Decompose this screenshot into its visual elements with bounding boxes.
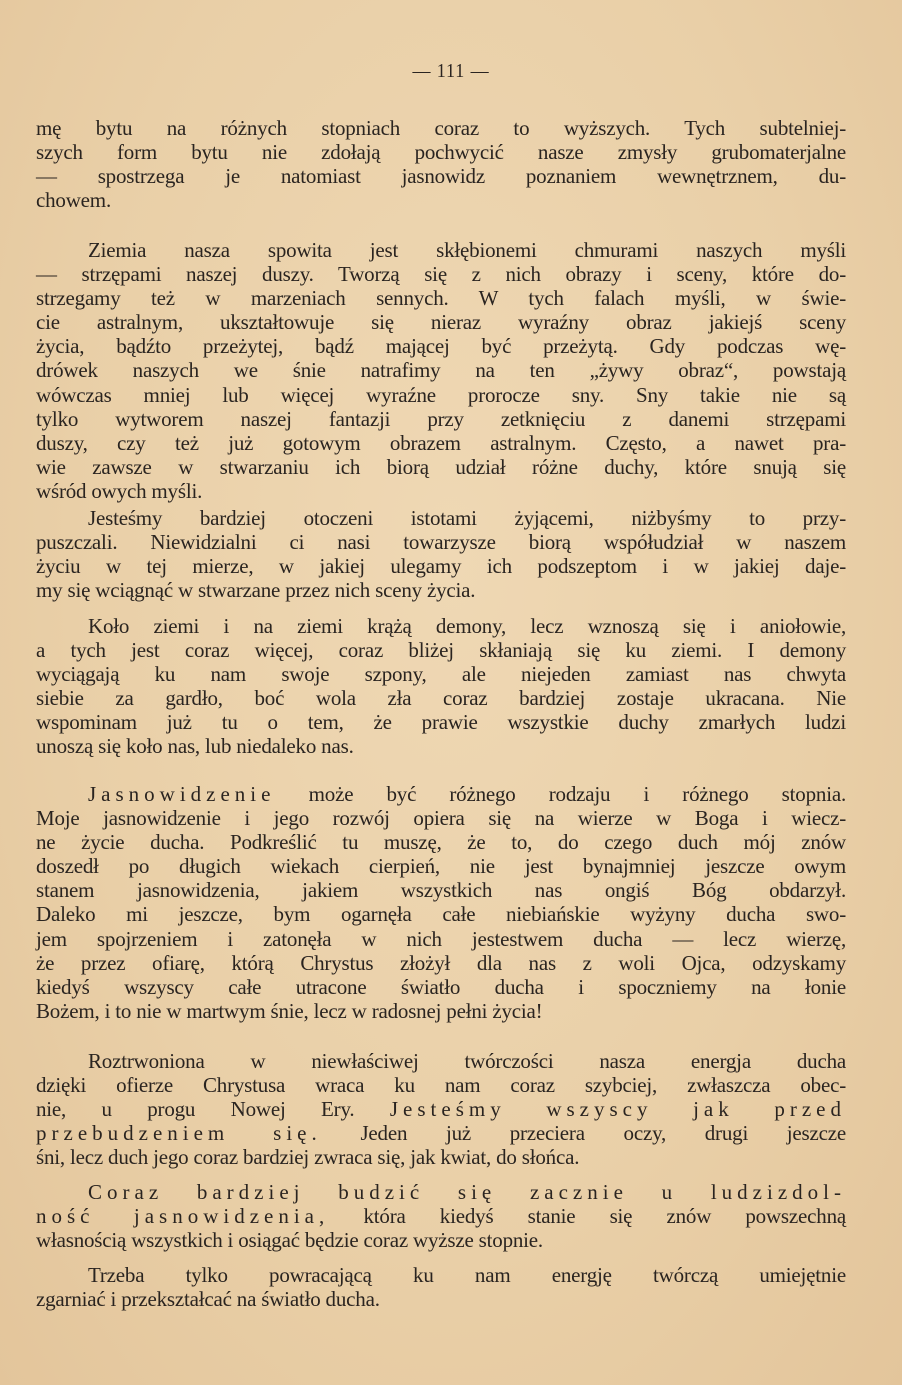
line-text: Ziemia nasza spowita jest skłębionemi ch…	[88, 238, 846, 262]
text-line: my się wciągnąć w stwarzane przez nich s…	[36, 578, 846, 602]
line-text: drówek naszych we śnie natrafimy na ten …	[36, 358, 846, 382]
line-text: Bożem, i to nie w martwym śnie, lecz w r…	[36, 999, 542, 1023]
line-text: wyciągają ku nam swoje szpony, ale nieje…	[36, 662, 846, 686]
line-text: Koło ziemi i na ziemi krążą demony, lecz…	[88, 614, 846, 638]
paragraph: Koło ziemi i na ziemi krążą demony, lecz…	[36, 614, 846, 759]
line-text: siebie za gardło, boć wola zła coraz bar…	[36, 686, 846, 710]
text-line: Jesteśmy bardziej otoczeni istotami żyją…	[36, 506, 846, 530]
line-text: która kiedyś stanie się znów powszechną	[329, 1204, 846, 1228]
text-line: Roztrwoniona w niewłaściwej twórczości n…	[36, 1049, 846, 1073]
line-text: tylko wytworem naszej fantazji przy zetk…	[36, 407, 846, 431]
line-text: śni, lecz duch jego coraz bardziej zwrac…	[36, 1145, 579, 1169]
line-text: stanem jasnowidzenia, jakiem wszystkich …	[36, 878, 846, 902]
paragraph: Trzeba tylko powracającą ku nam energję …	[36, 1263, 846, 1311]
text-line: drówek naszych we śnie natrafimy na ten …	[36, 358, 846, 382]
text-line: nie, u progu Nowej Ery. Jesteśmy wszyscy…	[36, 1097, 846, 1121]
line-text: jem spojrzeniem i zatonęła w nich jestes…	[36, 927, 846, 951]
text-line: śni, lecz duch jego coraz bardziej zwrac…	[36, 1145, 846, 1169]
line-text: — spostrzega je natomiast jasnowidz pozn…	[36, 164, 846, 188]
emphasized-spaced-text: ność jasnowidzenia,	[36, 1204, 329, 1228]
line-text: dzięki ofierze Chrystusa wraca ku nam co…	[36, 1073, 846, 1097]
line-text: wie zawsze w stwarzaniu ich biorą udział…	[36, 455, 846, 479]
line-text: nie, u progu Nowej Ery.	[36, 1097, 390, 1121]
line-text: Moje jasnowidzenie i jego rozwój opiera …	[36, 806, 846, 830]
line-text: strzegamy też w marzeniach sennych. W ty…	[36, 286, 846, 310]
text-line: życia, bądźto przeżytej, bądź mającej by…	[36, 334, 846, 358]
line-text: ne życie ducha. Podkreślić tu muszę, że …	[36, 830, 846, 854]
line-text: Roztrwoniona w niewłaściwej twórczości n…	[88, 1049, 846, 1073]
line-text: doszedł po długich wiekach cierpień, nie…	[36, 854, 846, 878]
text-line: — spostrzega je natomiast jasnowidz pozn…	[36, 164, 846, 188]
line-text: kiedyś wszyscy całe utracone światło duc…	[36, 975, 846, 999]
line-text: mę bytu na różnych stopniach coraz to wy…	[36, 116, 846, 140]
text-line: stanem jasnowidzenia, jakiem wszystkich …	[36, 878, 846, 902]
text-line: jem spojrzeniem i zatonęła w nich jestes…	[36, 927, 846, 951]
text-line: Trzeba tylko powracającą ku nam energję …	[36, 1263, 846, 1287]
paragraph: Ziemia nasza spowita jest skłębionemi ch…	[36, 238, 846, 503]
line-text: życiu w tej mierze, w jakiej ulegamy ich…	[36, 554, 846, 578]
text-line: szych form bytu nie zdołają pochwycić na…	[36, 140, 846, 164]
text-line: — strzępami naszej duszy. Tworzą się z n…	[36, 262, 846, 286]
text-line: Ziemia nasza spowita jest skłębionemi ch…	[36, 238, 846, 262]
text-line: życiu w tej mierze, w jakiej ulegamy ich…	[36, 554, 846, 578]
paragraph: Jesteśmy bardziej otoczeni istotami żyją…	[36, 506, 846, 602]
text-line: kiedyś wszyscy całe utracone światło duc…	[36, 975, 846, 999]
text-line: Moje jasnowidzenie i jego rozwój opiera …	[36, 806, 846, 830]
text-line: cie astralnym, ukształtowuje się nieraz …	[36, 310, 846, 334]
line-text: Jesteśmy bardziej otoczeni istotami żyją…	[88, 506, 846, 530]
line-text: a tych jest coraz więcej, coraz bliżej s…	[36, 638, 846, 662]
line-text: — strzępami naszej duszy. Tworzą się z n…	[36, 262, 846, 286]
line-text: może być różnego rodzaju i różnego stopn…	[275, 782, 846, 806]
text-line: że przez ofiarę, którą Chrystus złożył d…	[36, 951, 846, 975]
line-text: własnością wszystkich i osiągać będzie c…	[36, 1228, 543, 1252]
text-line: Bożem, i to nie w martwym śnie, lecz w r…	[36, 999, 846, 1023]
text-line: Jasnowidzenie może być różnego rodzaju i…	[36, 782, 846, 806]
text-line: doszedł po długich wiekach cierpień, nie…	[36, 854, 846, 878]
text-line: wspominam już tu o tem, że prawie wszyst…	[36, 710, 846, 734]
text-line: tylko wytworem naszej fantazji przy zetk…	[36, 407, 846, 431]
line-text: szych form bytu nie zdołają pochwycić na…	[36, 140, 846, 164]
text-line: wyciągają ku nam swoje szpony, ale nieje…	[36, 662, 846, 686]
paragraph: Coraz bardziej budzić się zacznie u ludz…	[36, 1180, 846, 1252]
text-line: dzięki ofierze Chrystusa wraca ku nam co…	[36, 1073, 846, 1097]
text-line: siebie za gardło, boć wola zła coraz bar…	[36, 686, 846, 710]
text-line: przebudzeniem się. Jeden już przeciera o…	[36, 1121, 846, 1145]
text-line: chowem.	[36, 188, 846, 212]
line-text: my się wciągnąć w stwarzane przez nich s…	[36, 578, 475, 602]
text-line: unoszą się koło nas, lub niedaleko nas.	[36, 734, 846, 758]
book-page: — 111 — mę bytu na różnych stopniach cor…	[0, 0, 902, 1385]
text-line: wie zawsze w stwarzaniu ich biorą udział…	[36, 455, 846, 479]
paragraph: Roztrwoniona w niewłaściwej twórczości n…	[36, 1049, 846, 1169]
line-text: cie astralnym, ukształtowuje się nieraz …	[36, 310, 846, 334]
text-line: wśród owych myśli.	[36, 479, 846, 503]
text-line: wówczas mniej lub więcej wyraźne prorocz…	[36, 383, 846, 407]
text-line: duszy, czy też już gotowym obrazem astra…	[36, 431, 846, 455]
text-line: ność jasnowidzenia, która kiedyś stanie …	[36, 1204, 846, 1228]
line-text: unoszą się koło nas, lub niedaleko nas.	[36, 734, 354, 758]
text-line: puszczali. Niewidzialni ci nasi towarzys…	[36, 530, 846, 554]
line-text: duszy, czy też już gotowym obrazem astra…	[36, 431, 846, 455]
line-text: puszczali. Niewidzialni ci nasi towarzys…	[36, 530, 846, 554]
line-text: zgarniać i przekształcać na światło duch…	[36, 1287, 380, 1311]
emphasized-spaced-text: Coraz bardziej budzić się zacznie u ludz…	[88, 1180, 846, 1204]
paragraph: Jasnowidzenie może być różnego rodzaju i…	[36, 782, 846, 1023]
line-text: że przez ofiarę, którą Chrystus złożył d…	[36, 951, 846, 975]
text-line: Koło ziemi i na ziemi krążą demony, lecz…	[36, 614, 846, 638]
text-line: Daleko mi jeszcze, bym ogarnęła całe nie…	[36, 902, 846, 926]
page-number: — 111 —	[45, 60, 857, 83]
line-text: wspominam już tu o tem, że prawie wszyst…	[36, 710, 846, 734]
text-line: ne życie ducha. Podkreślić tu muszę, że …	[36, 830, 846, 854]
paragraph: mę bytu na różnych stopniach coraz to wy…	[36, 116, 846, 212]
line-text: wówczas mniej lub więcej wyraźne prorocz…	[36, 383, 846, 407]
text-line: Coraz bardziej budzić się zacznie u ludz…	[36, 1180, 846, 1204]
emphasized-spaced-text: przebudzeniem się.	[36, 1121, 322, 1145]
line-text: Trzeba tylko powracającą ku nam energję …	[88, 1263, 846, 1287]
emphasized-spaced-text: Jasnowidzenie	[88, 782, 275, 806]
line-text: życia, bądźto przeżytej, bądź mającej by…	[36, 334, 846, 358]
text-line: a tych jest coraz więcej, coraz bliżej s…	[36, 638, 846, 662]
line-text: chowem.	[36, 188, 111, 212]
line-text: wśród owych myśli.	[36, 479, 202, 503]
emphasized-spaced-text: Jesteśmy wszyscy jak przed	[390, 1097, 846, 1121]
text-line: zgarniać i przekształcać na światło duch…	[36, 1287, 846, 1311]
line-text: Jeden już przeciera oczy, drugi jeszcze	[322, 1121, 846, 1145]
text-line: własnością wszystkich i osiągać będzie c…	[36, 1228, 846, 1252]
line-text: Daleko mi jeszcze, bym ogarnęła całe nie…	[36, 902, 846, 926]
text-line: mę bytu na różnych stopniach coraz to wy…	[36, 116, 846, 140]
text-line: strzegamy też w marzeniach sennych. W ty…	[36, 286, 846, 310]
